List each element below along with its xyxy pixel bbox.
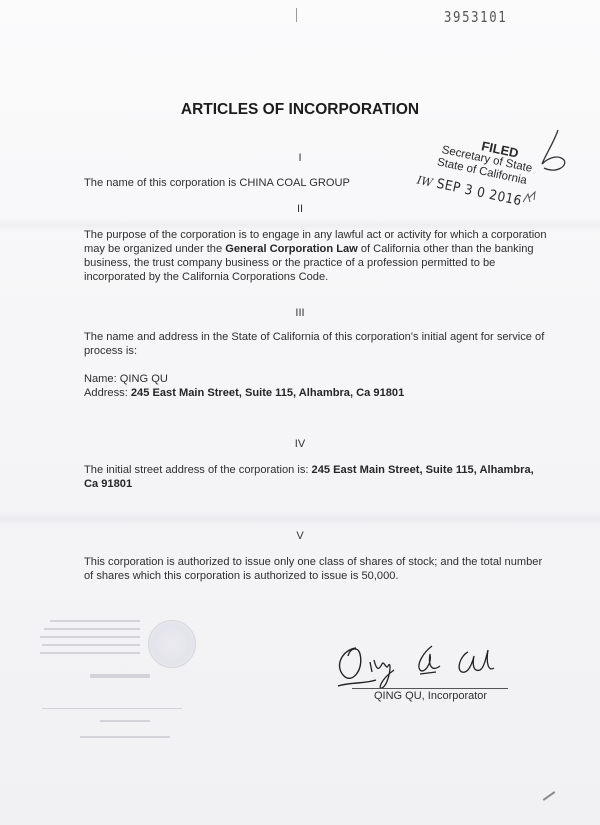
agent-address: 245 East Main Street, Suite 115, Alhambr…: [131, 387, 404, 399]
agent-address-label: Address:: [84, 387, 131, 399]
document-page: 3953101 ARTICLES OF INCORPORATION FILED …: [0, 0, 600, 825]
article-3-text: The name and address in the State of Cal…: [84, 330, 554, 358]
margin-mark: [296, 8, 297, 22]
article-numeral: II: [0, 203, 600, 215]
article-4-prefix: The initial street address of the corpor…: [84, 464, 312, 476]
state-seal-icon: [148, 620, 196, 668]
article-numeral: III: [0, 307, 600, 319]
agent-name: QING QU: [120, 373, 168, 385]
signature-caption: QING QU, Incorporator: [374, 690, 487, 702]
agent-name-line: Name: QING QU: [84, 372, 554, 386]
article-5-text: This corporation is authorized to issue …: [84, 555, 554, 583]
agent-address-line: Address: 245 East Main Street, Suite 115…: [84, 386, 554, 400]
document-number: 3953101: [444, 8, 507, 26]
document-title: ARTICLES OF INCORPORATION: [0, 101, 600, 119]
paper-fold: [0, 512, 600, 526]
article-2-text: The purpose of the corporation is to eng…: [84, 228, 554, 284]
signature-icon: [320, 636, 520, 692]
corporation-name: CHINA COAL GROUP: [239, 177, 350, 189]
signature-line: [352, 688, 508, 689]
article-numeral: IV: [0, 438, 600, 450]
article-4-text: The initial street address of the corpor…: [84, 463, 534, 491]
article-numeral: V: [0, 530, 600, 542]
general-corporation-law: General Corporation Law: [225, 243, 358, 255]
article-1-prefix: The name of this corporation is: [84, 177, 239, 189]
article-1-text: The name of this corporation is CHINA CO…: [84, 176, 554, 190]
agent-name-label: Name:: [84, 373, 120, 385]
pen-stroke-mark: [543, 791, 556, 801]
article-numeral: I: [0, 152, 600, 164]
